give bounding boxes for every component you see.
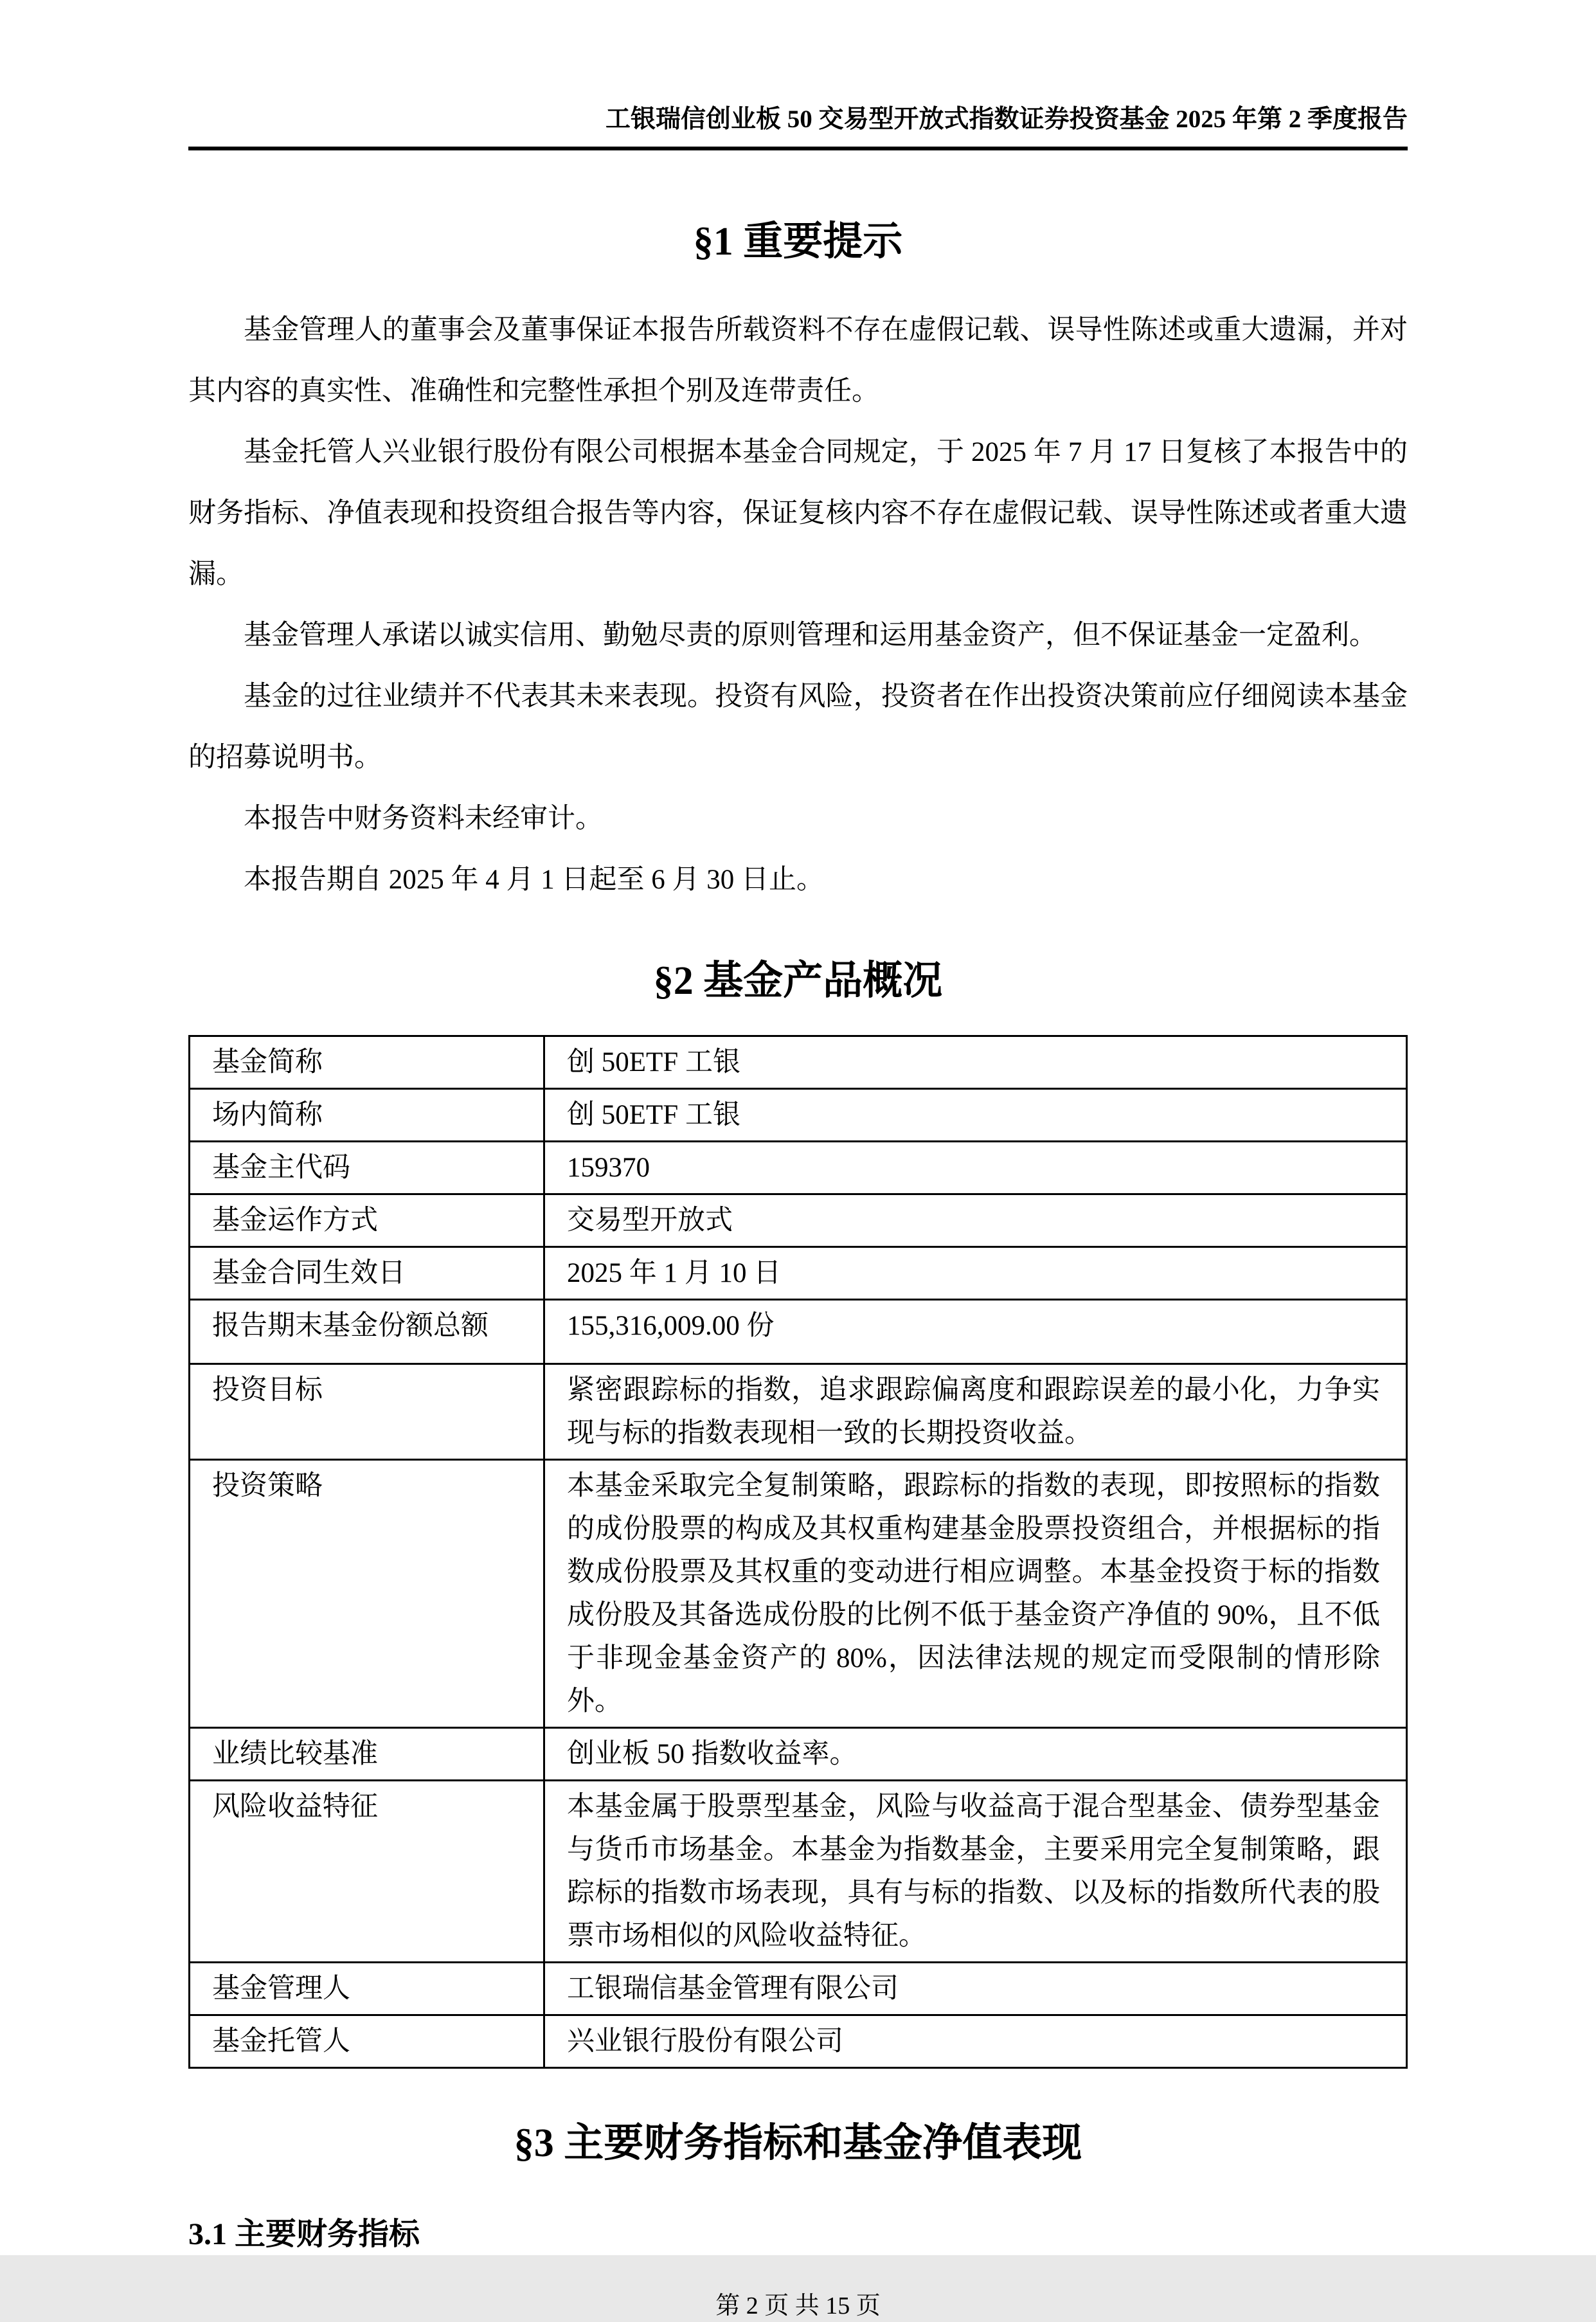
page-header: 工银瑞信创业板 50 交易型开放式指数证券投资基金 2025 年第 2 季度报告	[188, 103, 1408, 150]
page-footer: 第 2 页 共 15 页	[188, 2290, 1408, 2322]
row-value: 本基金采取完全复制策略，跟踪标的指数的表现，即按照标的指数的成份股票的构成及其权…	[544, 1460, 1407, 1728]
row-label: 基金主代码	[190, 1142, 544, 1194]
header-rule	[188, 147, 1408, 150]
table-row-fund-manager: 基金管理人 工银瑞信基金管理有限公司	[190, 1963, 1407, 2015]
row-value: 本基金属于股票型基金，风险与收益高于混合型基金、债券型基金与货币市场基金。本基金…	[544, 1781, 1407, 1963]
row-value: 工银瑞信基金管理有限公司	[544, 1963, 1407, 2015]
header-title: 工银瑞信创业板 50 交易型开放式指数证券投资基金 2025 年第 2 季度报告	[188, 103, 1408, 136]
row-label: 基金托管人	[190, 2015, 544, 2068]
important-notes: 基金管理人的董事会及董事保证本报告所载资料不存在虚假记载、误导性陈述或重大遗漏，…	[188, 300, 1408, 910]
paragraph-2: 基金托管人兴业银行股份有限公司根据本基金合同规定，于 2025 年 7 月 17…	[188, 422, 1408, 605]
row-label: 基金简称	[190, 1036, 544, 1089]
paragraph-1: 基金管理人的董事会及董事保证本报告所载资料不存在虚假记载、误导性陈述或重大遗漏，…	[188, 300, 1408, 422]
section2-heading: §2 基金产品概况	[188, 951, 1408, 1011]
table-row-operation-mode: 基金运作方式 交易型开放式	[190, 1194, 1407, 1247]
fund-overview-table: 基金简称 创 50ETF 工银 场内简称 创 50ETF 工银 基金主代码 15…	[188, 1035, 1408, 2069]
table-row-exchange-short-name: 场内简称 创 50ETF 工银	[190, 1089, 1407, 1142]
table-row-contract-effective-date: 基金合同生效日 2025 年 1 月 10 日	[190, 1247, 1407, 1300]
row-value: 交易型开放式	[544, 1194, 1407, 1247]
row-value: 159370	[544, 1142, 1407, 1194]
table-row-fund-short-name: 基金简称 创 50ETF 工银	[190, 1036, 1407, 1089]
section1-heading: §1 重要提示	[188, 212, 1408, 271]
row-value: 紧密跟踪标的指数，追求跟踪偏离度和跟踪误差的最小化，力争实现与标的指数表现相一致…	[544, 1364, 1407, 1460]
section3-heading: §3 主要财务指标和基金净值表现	[188, 2114, 1408, 2173]
row-value: 创 50ETF 工银	[544, 1089, 1407, 1142]
row-value: 创业板 50 指数收益率。	[544, 1728, 1407, 1781]
row-label: 报告期末基金份额总额	[190, 1300, 544, 1364]
table-row-investment-strategy: 投资策略 本基金采取完全复制策略，跟踪标的指数的表现，即按照标的指数的成份股票的…	[190, 1460, 1407, 1728]
subsection-3-1-heading: 3.1 主要财务指标	[188, 2215, 1408, 2254]
paragraph-5: 本报告中财务资料未经审计。	[188, 788, 1408, 849]
paragraph-6: 本报告期自 2025 年 4 月 1 日起至 6 月 30 日止。	[188, 849, 1408, 910]
row-label: 基金合同生效日	[190, 1247, 544, 1300]
table-row-benchmark: 业绩比较基准 创业板 50 指数收益率。	[190, 1728, 1407, 1781]
table-row-fund-custodian: 基金托管人 兴业银行股份有限公司	[190, 2015, 1407, 2068]
report-page: 工银瑞信创业板 50 交易型开放式指数证券投资基金 2025 年第 2 季度报告…	[0, 0, 1596, 2255]
table-row-investment-objective: 投资目标 紧密跟踪标的指数，追求跟踪偏离度和跟踪误差的最小化，力争实现与标的指数…	[190, 1364, 1407, 1460]
table-row-risk-return-profile: 风险收益特征 本基金属于股票型基金，风险与收益高于混合型基金、债券型基金与货币市…	[190, 1781, 1407, 1963]
paragraph-3: 基金管理人承诺以诚实信用、勤勉尽责的原则管理和运用基金资产，但不保证基金一定盈利…	[188, 605, 1408, 666]
row-value: 2025 年 1 月 10 日	[544, 1247, 1407, 1300]
row-label: 基金运作方式	[190, 1194, 544, 1247]
row-label: 投资策略	[190, 1460, 544, 1728]
row-label: 基金管理人	[190, 1963, 544, 2015]
row-label: 场内简称	[190, 1089, 544, 1142]
row-label: 投资目标	[190, 1364, 544, 1460]
table-row-total-shares: 报告期末基金份额总额 155,316,009.00 份	[190, 1300, 1407, 1364]
row-label: 业绩比较基准	[190, 1728, 544, 1781]
table-row-fund-code: 基金主代码 159370	[190, 1142, 1407, 1194]
row-value: 155,316,009.00 份	[544, 1300, 1407, 1364]
row-value: 兴业银行股份有限公司	[544, 2015, 1407, 2068]
row-value: 创 50ETF 工银	[544, 1036, 1407, 1089]
row-label: 风险收益特征	[190, 1781, 544, 1963]
paragraph-4: 基金的过往业绩并不代表其未来表现。投资有风险，投资者在作出投资决策前应仔细阅读本…	[188, 666, 1408, 788]
